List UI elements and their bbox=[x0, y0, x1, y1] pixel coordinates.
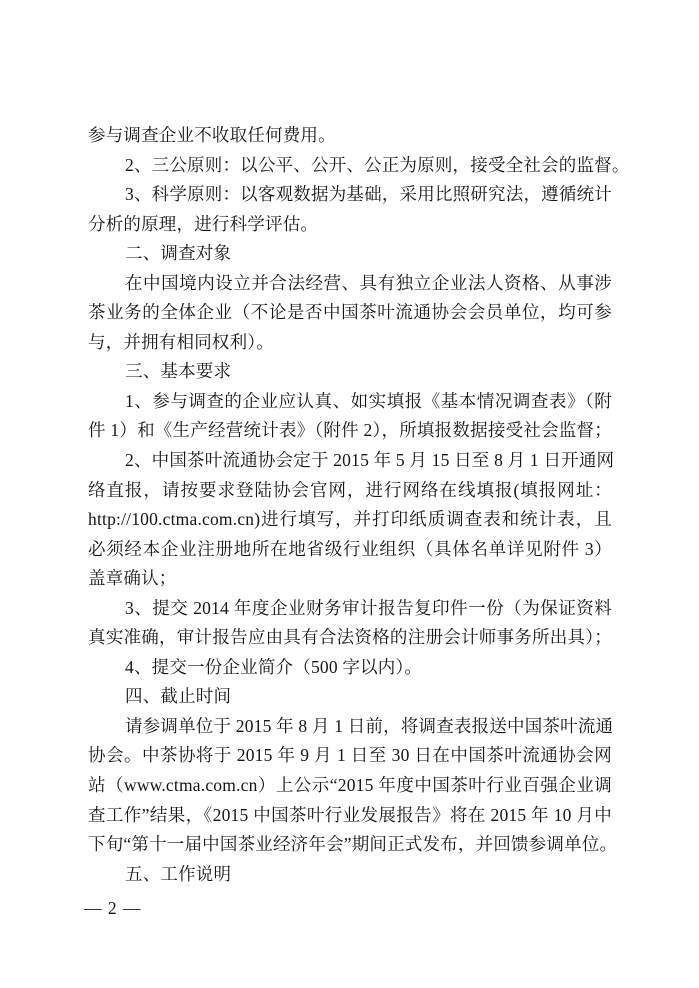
document-page: 参与调查企业不收取任何费用。2、三公原则：以公平、公开、公正为原则，接受全社会的… bbox=[0, 0, 699, 988]
text-line: 件 1）和《生产经营统计表》（附件 2），所填报数据接受社会监督； bbox=[88, 416, 612, 446]
text-line: 二、调查对象 bbox=[88, 239, 612, 269]
text-line: http://100.ctma.com.cn)进行填写，并打印纸质调查表和统计表… bbox=[88, 505, 612, 535]
text-line: 五、工作说明 bbox=[88, 860, 612, 890]
text-line: 参与调查企业不收取任何费用。 bbox=[88, 121, 612, 151]
text-line: 在中国境内设立并合法经营、具有独立企业法人资格、从事涉 bbox=[88, 269, 612, 299]
text-line: 3、科学原则：以客观数据为基础，采用比照研究法，遵循统计 bbox=[88, 180, 612, 210]
page-number: — 2 — bbox=[84, 898, 142, 918]
text-line: 真实准确，审计报告应由具有合法资格的注册会计师事务所出具）； bbox=[88, 623, 612, 653]
text-block: 参与调查企业不收取任何费用。2、三公原则：以公平、公开、公正为原则，接受全社会的… bbox=[88, 121, 612, 889]
text-line: 3、提交 2014 年度企业财务审计报告复印件一份（为保证资料 bbox=[88, 594, 612, 624]
text-line: 2、中国茶叶流通协会定于 2015 年 5 月 15 日至 8 月 1 日开通网 bbox=[88, 446, 612, 476]
text-line: 协会。中茶协将于 2015 年 9 月 1 日至 30 日在中国茶叶流通协会网 bbox=[88, 741, 612, 771]
text-line: 请参调单位于 2015 年 8 月 1 日前，将调查表报送中国茶叶流通 bbox=[88, 712, 612, 742]
text-line: 站（www.ctma.com.cn）上公示“2015 年度中国茶叶行业百强企业调 bbox=[88, 771, 612, 801]
text-line: 盖章确认； bbox=[88, 564, 612, 594]
text-line: 络直报，请按要求登陆协会官网，进行网络在线填报(填报网址： bbox=[88, 476, 612, 506]
text-line: 查工作”结果，《2015 中国茶叶行业发展报告》将在 2015 年 10 月中 bbox=[88, 801, 612, 831]
text-line: 与，并拥有相同权利）。 bbox=[88, 328, 612, 358]
text-line: 下旬“第十一届中国茶业经济年会”期间正式发布，并回馈参调单位。 bbox=[88, 830, 612, 860]
text-line: 四、截止时间 bbox=[88, 682, 612, 712]
text-line: 必须经本企业注册地所在地省级行业组织（具体名单详见附件 3） bbox=[88, 535, 612, 565]
text-line: 2、三公原则：以公平、公开、公正为原则，接受全社会的监督。 bbox=[88, 151, 612, 181]
text-line: 4、提交一份企业简介（500 字以内）。 bbox=[88, 653, 612, 683]
text-line: 茶业务的全体企业（不论是否中国茶叶流通协会会员单位，均可参 bbox=[88, 298, 612, 328]
text-line: 1、参与调查的企业应认真、如实填报《基本情况调查表》（附 bbox=[88, 387, 612, 417]
text-line: 分析的原理，进行科学评估。 bbox=[88, 210, 612, 240]
text-line: 三、基本要求 bbox=[88, 357, 612, 387]
